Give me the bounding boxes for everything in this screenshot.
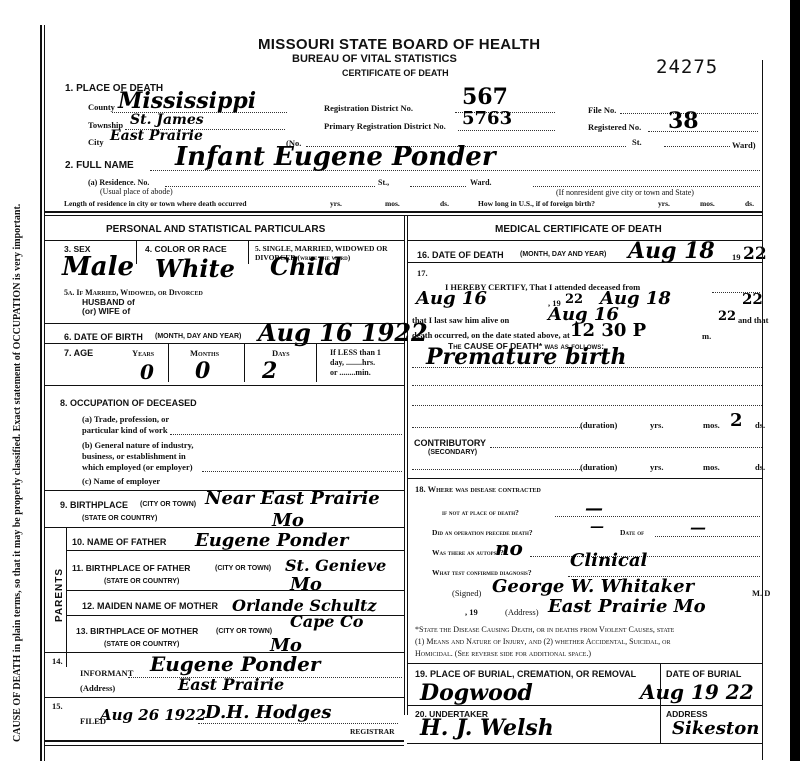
- burial-place-label: 19. PLACE OF BURIAL, CREMATION, OR REMOV…: [415, 669, 636, 679]
- sex-value: Male: [62, 252, 134, 282]
- father-label: 10. NAME OF FATHER: [72, 537, 166, 547]
- father-birthplace-city-value: St. Genieve: [285, 556, 386, 575]
- center-divider: [404, 215, 405, 715]
- operation-date-label: Date of: [620, 528, 644, 537]
- undertaker-value: H. J. Welsh: [420, 715, 554, 741]
- certificate-title: CERTIFICATE OF DEATH: [342, 68, 449, 78]
- county-value: Mississippi: [118, 88, 256, 114]
- attended-from-value: Aug 16: [416, 288, 487, 309]
- burial-place-value: Dogwood: [420, 680, 533, 706]
- spouse-label-line1: 5a. If Married, Widowed, or Divorced: [64, 288, 203, 297]
- residence-st-label: St.,: [378, 178, 389, 187]
- parents-label: PARENTS: [54, 568, 65, 622]
- duration-days-value: 2: [730, 410, 743, 431]
- spouse-label-line3: (or) WIFE of: [82, 306, 130, 316]
- race-value: White: [155, 254, 235, 283]
- filed-date-value: Aug 26 1922: [100, 706, 206, 724]
- marital-status-value: Child: [270, 252, 342, 281]
- foreign-birth-label: How long in U.S., if of foreign birth?: [478, 199, 595, 208]
- contributory-label: CONTRIBUTORY: [414, 438, 486, 448]
- residence-label: (a) Residence. No.: [88, 178, 149, 187]
- date-of-death-value: Aug 18: [628, 238, 715, 264]
- registrar-label: REGISTRAR: [350, 727, 395, 736]
- father-birthplace-label: 11. BIRTHPLACE OF FATHER: [72, 563, 190, 573]
- cause-of-death-value: Premature birth: [426, 344, 627, 370]
- mother-birthplace-city-value: Cape Co: [290, 612, 363, 631]
- test-confirmed-value: Clinical: [570, 550, 647, 571]
- full-name-label: 2. FULL NAME: [65, 160, 134, 171]
- registration-district-value: 567: [462, 84, 508, 110]
- father-value: Eugene Ponder: [195, 530, 348, 551]
- residence-ward-label: Ward.: [470, 178, 492, 187]
- registration-district-label: Registration District No.: [324, 103, 413, 113]
- age-days-value: 2: [262, 358, 277, 384]
- disease-contracted-label: 18. Where was disease contracted: [415, 484, 541, 494]
- medical-section-title: MEDICAL CERTIFICATE OF DEATH: [495, 224, 662, 235]
- footnote-line2: (1) Means and Nature of Injury, and (2) …: [415, 637, 671, 646]
- primary-registration-label: Primary Registration District No.: [324, 121, 446, 131]
- date-of-death-label: 16. DATE OF DEATH: [417, 250, 504, 260]
- st-label: St.: [632, 137, 642, 147]
- physician-signature: George W. Whitaker: [492, 576, 694, 597]
- footnote-line1: *State the Disease Causing Death, or in …: [415, 625, 674, 634]
- autopsy-value: no: [495, 536, 523, 560]
- file-no-label: File No.: [588, 105, 616, 115]
- age-years-value: 0: [140, 360, 154, 384]
- undertaker-address-value: Sikeston: [672, 718, 759, 739]
- age-label: 7. AGE: [64, 348, 93, 358]
- birthplace-city-value: Near East Prairie: [205, 488, 380, 509]
- full-name-value: Infant Eugene Ponder: [175, 142, 496, 172]
- birthplace-label: 9. BIRTHPLACE: [60, 500, 128, 510]
- registered-no-label: Registered No.: [588, 122, 641, 132]
- mother-maiden-name-label: 12. MAIDEN NAME OF MOTHER: [82, 601, 218, 611]
- burial-date-label: DATE OF BURIAL: [666, 669, 741, 679]
- not-at-place-value: —: [585, 498, 603, 519]
- father-birthplace-state-value: Mo: [290, 574, 322, 595]
- burial-date-value: Aug 19 22: [640, 680, 754, 704]
- registrar-signature: D.H. Hodges: [205, 702, 332, 723]
- right-border: [762, 60, 763, 760]
- dob-label: 6. DATE OF BIRTH: [64, 332, 143, 342]
- informant-address-value: East Prairie: [178, 675, 284, 694]
- left-border: [40, 25, 42, 761]
- bureau-title: BUREAU OF VITAL STATISTICS: [292, 53, 457, 65]
- death-occurred-text: death occurred, on the date stated above…: [412, 330, 570, 340]
- registered-no-value: 38: [668, 108, 699, 134]
- document-title: MISSOURI STATE BOARD OF HEALTH: [258, 36, 540, 53]
- left-border-inner: [44, 25, 45, 761]
- length-residence-label: Length of residence in city or town wher…: [64, 199, 247, 208]
- county-label: County: [88, 102, 115, 112]
- nonresident-label: (If nonresident give city or town and St…: [556, 188, 694, 197]
- footnote-line3: Homicidal. (See reverse side for additio…: [415, 649, 591, 658]
- physician-address-value: East Prairie Mo: [548, 596, 706, 617]
- time-of-death-value: 12 30 P: [570, 320, 646, 341]
- stamp-number: 24275: [656, 56, 718, 78]
- age-months-value: 0: [195, 358, 210, 384]
- date-of-death-year: 22: [743, 244, 767, 264]
- last-saw-text: that I last saw him alive on: [412, 315, 509, 325]
- not-at-place-label: if not at place of death?: [442, 508, 519, 517]
- ward-label: Ward): [732, 140, 756, 150]
- mother-birthplace-label: 13. BIRTHPLACE OF MOTHER: [76, 626, 198, 636]
- primary-registration-value: 5763: [462, 108, 512, 129]
- city-label: City: [88, 137, 104, 147]
- personal-section-title: PERSONAL AND STATISTICAL PARTICULARS: [106, 224, 325, 235]
- operation-date-value: —: [690, 518, 706, 537]
- informant-label: INFORMANT: [80, 668, 133, 678]
- abode-label: (Usual place of abode): [100, 187, 173, 196]
- occupation-label: 8. OCCUPATION OF DECEASED: [60, 398, 197, 408]
- autopsy-label: Was there an autopsy?: [432, 548, 504, 557]
- informant-value: Eugene Ponder: [150, 652, 320, 676]
- margin-instruction-note: CAUSE OF DEATH in plain terms, so that i…: [12, 2, 24, 742]
- operation-value: —: [590, 519, 604, 535]
- race-label: 4. COLOR OR RACE: [145, 244, 227, 254]
- township-value: St. James: [130, 112, 204, 128]
- scan-edge: [790, 0, 800, 761]
